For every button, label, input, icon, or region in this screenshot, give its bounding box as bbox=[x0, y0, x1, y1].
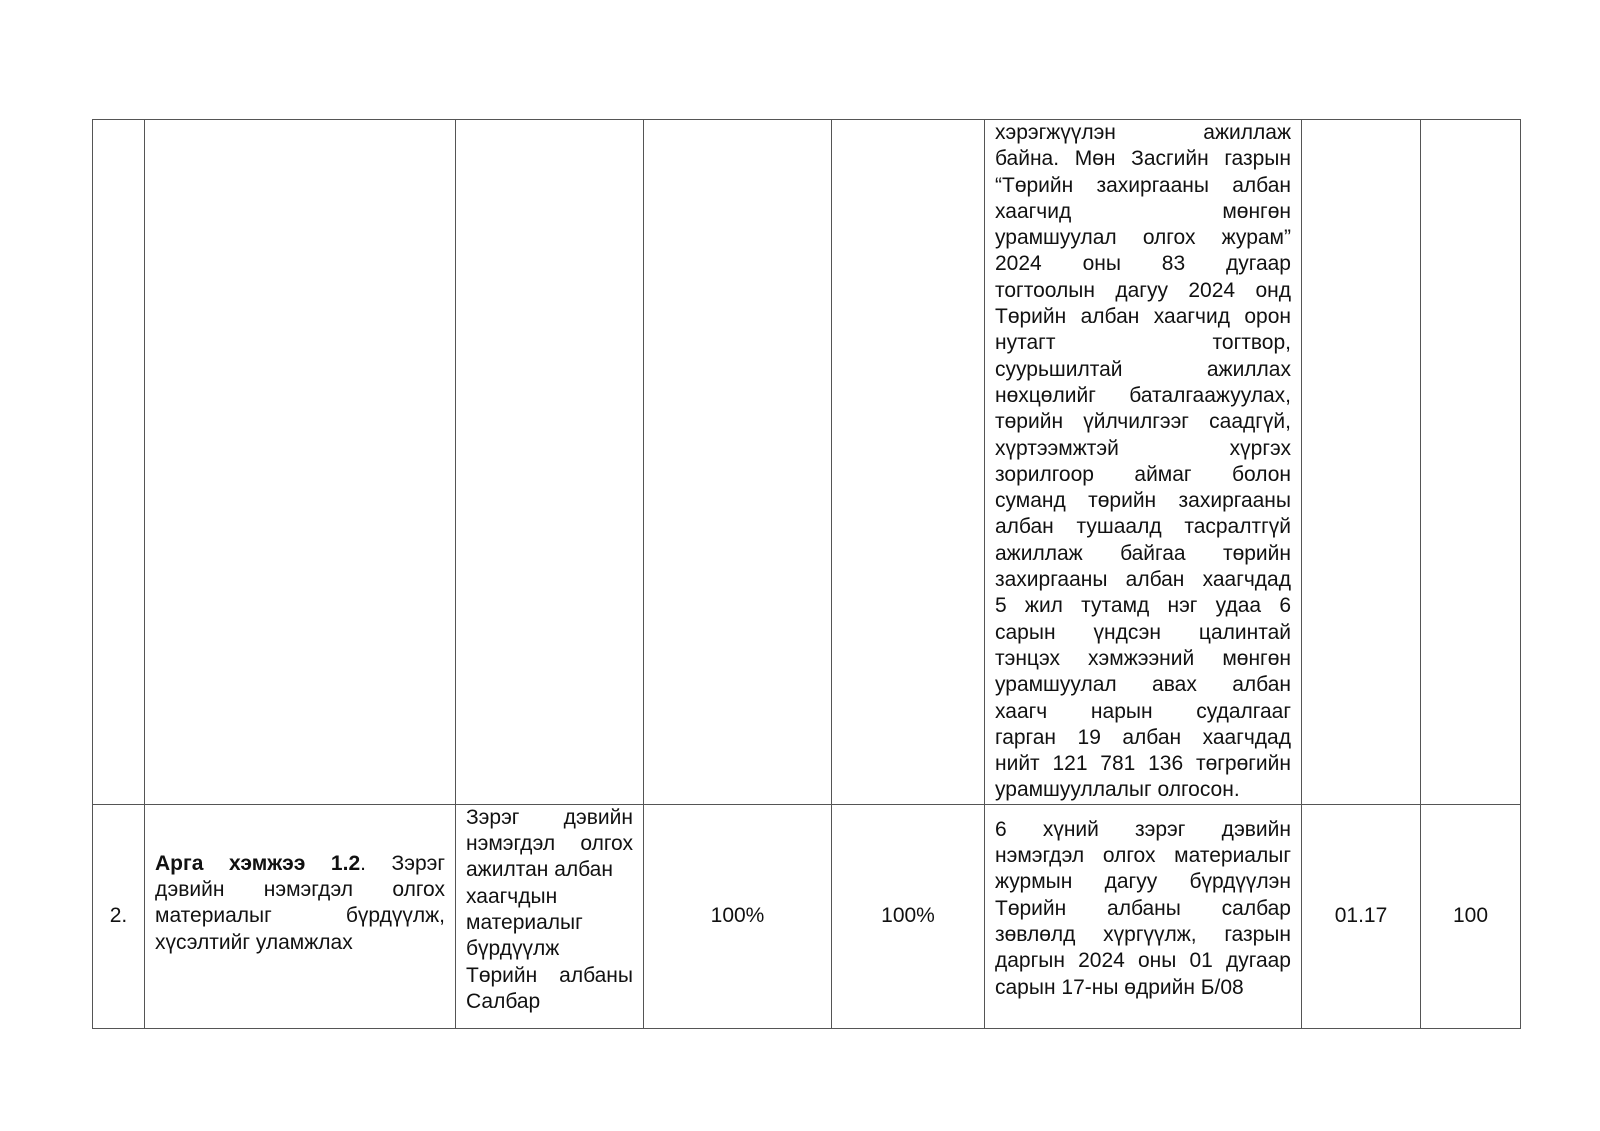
date-cell bbox=[1302, 120, 1421, 805]
text-line: даргын 2024 оны 01 дугаар bbox=[995, 948, 1291, 974]
table-row: 2. Арга хэмжээ 1.2. Зэрэг дэвийн нэмэгдэ… bbox=[93, 804, 1521, 1028]
text-line: “Төрийн захиргааны албан bbox=[995, 173, 1291, 199]
text-line: 2024 оны 83 дугаар bbox=[995, 251, 1291, 277]
responsible-cell: Зэрэг дэвийннэмэгдэл олгохажилтан албанх… bbox=[456, 804, 644, 1028]
text-line: материалыг bbox=[466, 910, 633, 936]
result-text: 6 хүний зэрэг дэвийннэмэгдэл олгох матер… bbox=[995, 817, 1291, 1001]
score-cell bbox=[1421, 120, 1521, 805]
text-line: ажилтан албан bbox=[466, 857, 633, 883]
text-line: урамшуулал авах албан bbox=[995, 672, 1291, 698]
activity-heading: Арга хэмжээ 1.2 bbox=[155, 852, 360, 875]
date-cell: 01.17 bbox=[1302, 804, 1421, 1028]
text-line: суурьшилтай ажиллах bbox=[995, 357, 1291, 383]
text-line: байна. Мөн Засгийн газрын bbox=[995, 146, 1291, 172]
activity-cell bbox=[145, 120, 456, 805]
text-line: хэрэгжүүлэн ажиллаж bbox=[995, 120, 1291, 146]
text-line: суманд төрийн захиргааны bbox=[995, 488, 1291, 514]
text-line: нэмэгдэл олгох материалыг bbox=[995, 843, 1291, 869]
actual-cell: 100% bbox=[832, 804, 985, 1028]
text-line: хаагчдын bbox=[466, 884, 633, 910]
text-line: журмын дагуу бүрдүүлэн bbox=[995, 869, 1291, 895]
actual-cell bbox=[832, 120, 985, 805]
text-line: урамшууллалыг олгосон. bbox=[995, 777, 1291, 803]
text-line: хаагчид мөнгөн bbox=[995, 199, 1291, 225]
activity-line: материалыг бүрдүүлж, bbox=[155, 903, 445, 929]
text-line: нөхцөлийг баталгаажуулах, bbox=[995, 383, 1291, 409]
text-line: хаагч нарын судалгааг bbox=[995, 699, 1291, 725]
result-cell: 6 хүний зэрэг дэвийннэмэгдэл олгох матер… bbox=[985, 804, 1302, 1028]
score-cell: 100 bbox=[1421, 804, 1521, 1028]
text-line: зорилгоор аймаг болон bbox=[995, 462, 1291, 488]
responsible-cell bbox=[456, 120, 644, 805]
result-text: хэрэгжүүлэн ажиллажбайна. Мөн Засгийн га… bbox=[995, 120, 1291, 804]
text-line: Салбар bbox=[466, 989, 633, 1015]
activity-line-1-tail: . Зэрэг bbox=[360, 852, 445, 875]
text-line: гарган 19 албан хаагчдад bbox=[995, 725, 1291, 751]
text-line: сарын 17-ны өдрийн Б/08 bbox=[995, 975, 1291, 1001]
text-line: 5 жил тутамд нэг удаа 6 bbox=[995, 593, 1291, 619]
activity-line: дэвийн нэмэгдэл олгох bbox=[155, 877, 445, 903]
text-line: Зэрэг дэвийн bbox=[466, 805, 633, 831]
text-line: тэнцэх хэмжээний мөнгөн bbox=[995, 646, 1291, 672]
text-line: төрийн үйлчилгээг саадгүй, bbox=[995, 409, 1291, 435]
report-table: хэрэгжүүлэн ажиллажбайна. Мөн Засгийн га… bbox=[92, 119, 1521, 1029]
planned-cell: 100% bbox=[644, 804, 832, 1028]
activity-text: Арга хэмжээ 1.2. Зэрэг дэвийн нэмэгдэл о… bbox=[155, 851, 445, 956]
text-line: бүрдүүлж bbox=[466, 936, 633, 962]
text-line: нэмэгдэл олгох bbox=[466, 831, 633, 857]
result-cell: хэрэгжүүлэн ажиллажбайна. Мөн Засгийн га… bbox=[985, 120, 1302, 805]
row-number-cell bbox=[93, 120, 145, 805]
text-line: албан тушаалд тасралтгүй bbox=[995, 514, 1291, 540]
text-line: захиргааны албан хаагчдад bbox=[995, 567, 1291, 593]
text-line: урамшуулал олгох журам” bbox=[995, 225, 1291, 251]
text-line: зөвлөлд хүргүүлж, газрын bbox=[995, 922, 1291, 948]
activity-cell: Арга хэмжээ 1.2. Зэрэг дэвийн нэмэгдэл о… bbox=[145, 804, 456, 1028]
text-line: Төрийн албан хаагчид орон bbox=[995, 304, 1291, 330]
activity-line: хүсэлтийг уламжлах bbox=[155, 930, 445, 956]
text-line: тогтоолын дагуу 2024 онд bbox=[995, 278, 1291, 304]
table-row: хэрэгжүүлэн ажиллажбайна. Мөн Засгийн га… bbox=[93, 120, 1521, 805]
text-line: сарын үндсэн цалинтай bbox=[995, 620, 1291, 646]
text-line: 6 хүний зэрэг дэвийн bbox=[995, 817, 1291, 843]
text-line: ажиллаж байгаа төрийн bbox=[995, 541, 1291, 567]
text-line: Төрийн албаны bbox=[466, 963, 633, 989]
text-line: нийт 121 781 136 төгрөгийн bbox=[995, 751, 1291, 777]
text-line: Төрийн албаны салбар bbox=[995, 896, 1291, 922]
planned-cell bbox=[644, 120, 832, 805]
text-line: нутагт тогтвор, bbox=[995, 330, 1291, 356]
responsible-text: Зэрэг дэвийннэмэгдэл олгохажилтан албанх… bbox=[466, 805, 633, 1015]
row-number-cell: 2. bbox=[93, 804, 145, 1028]
text-line: хүртээмжтэй хүргэх bbox=[995, 436, 1291, 462]
